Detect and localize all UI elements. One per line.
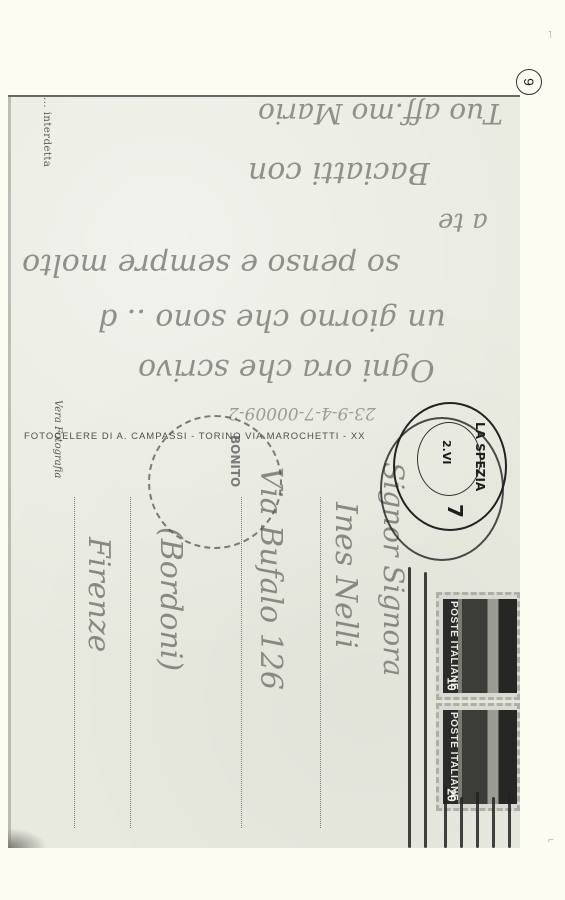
message-line: Tuo aff.mo Mario [258,97,503,130]
message-line: un giorno che sono .. d [98,302,446,337]
address-line-guide [74,497,75,828]
address-line: (Bordoni) [153,527,188,671]
address-line: Firenze [81,537,116,652]
edge-mark: ⌐ [548,835,554,846]
postcard-back: ... interdetta Vera Fotografia FOTOCELER… [8,95,520,848]
page-number-badge: 9 [516,69,542,95]
rights-notice: ... interdetta [41,97,52,167]
edge-mark: ˥ [548,30,552,41]
postmark-outer-ring [380,417,504,561]
address-line-guide [241,497,242,828]
message-line: a te [438,207,488,237]
message-line: Ogni ora che scrivo [138,352,435,387]
postage-stamp: POSTE ITALIANE 10 [436,592,520,700]
message-line: Baciatti con [248,155,430,190]
handwritten-date: 23-9-4-7-00009-2 [228,403,376,423]
address-line: Ines Nelli [328,502,363,649]
message-line: so penso e sempre molto [22,247,400,282]
address-line-guide [130,497,131,828]
postmark-faint: BONITO [148,415,282,549]
card-corner-wear [8,828,48,848]
card-edge-shadow [8,97,11,848]
address-line-guide [320,497,321,828]
